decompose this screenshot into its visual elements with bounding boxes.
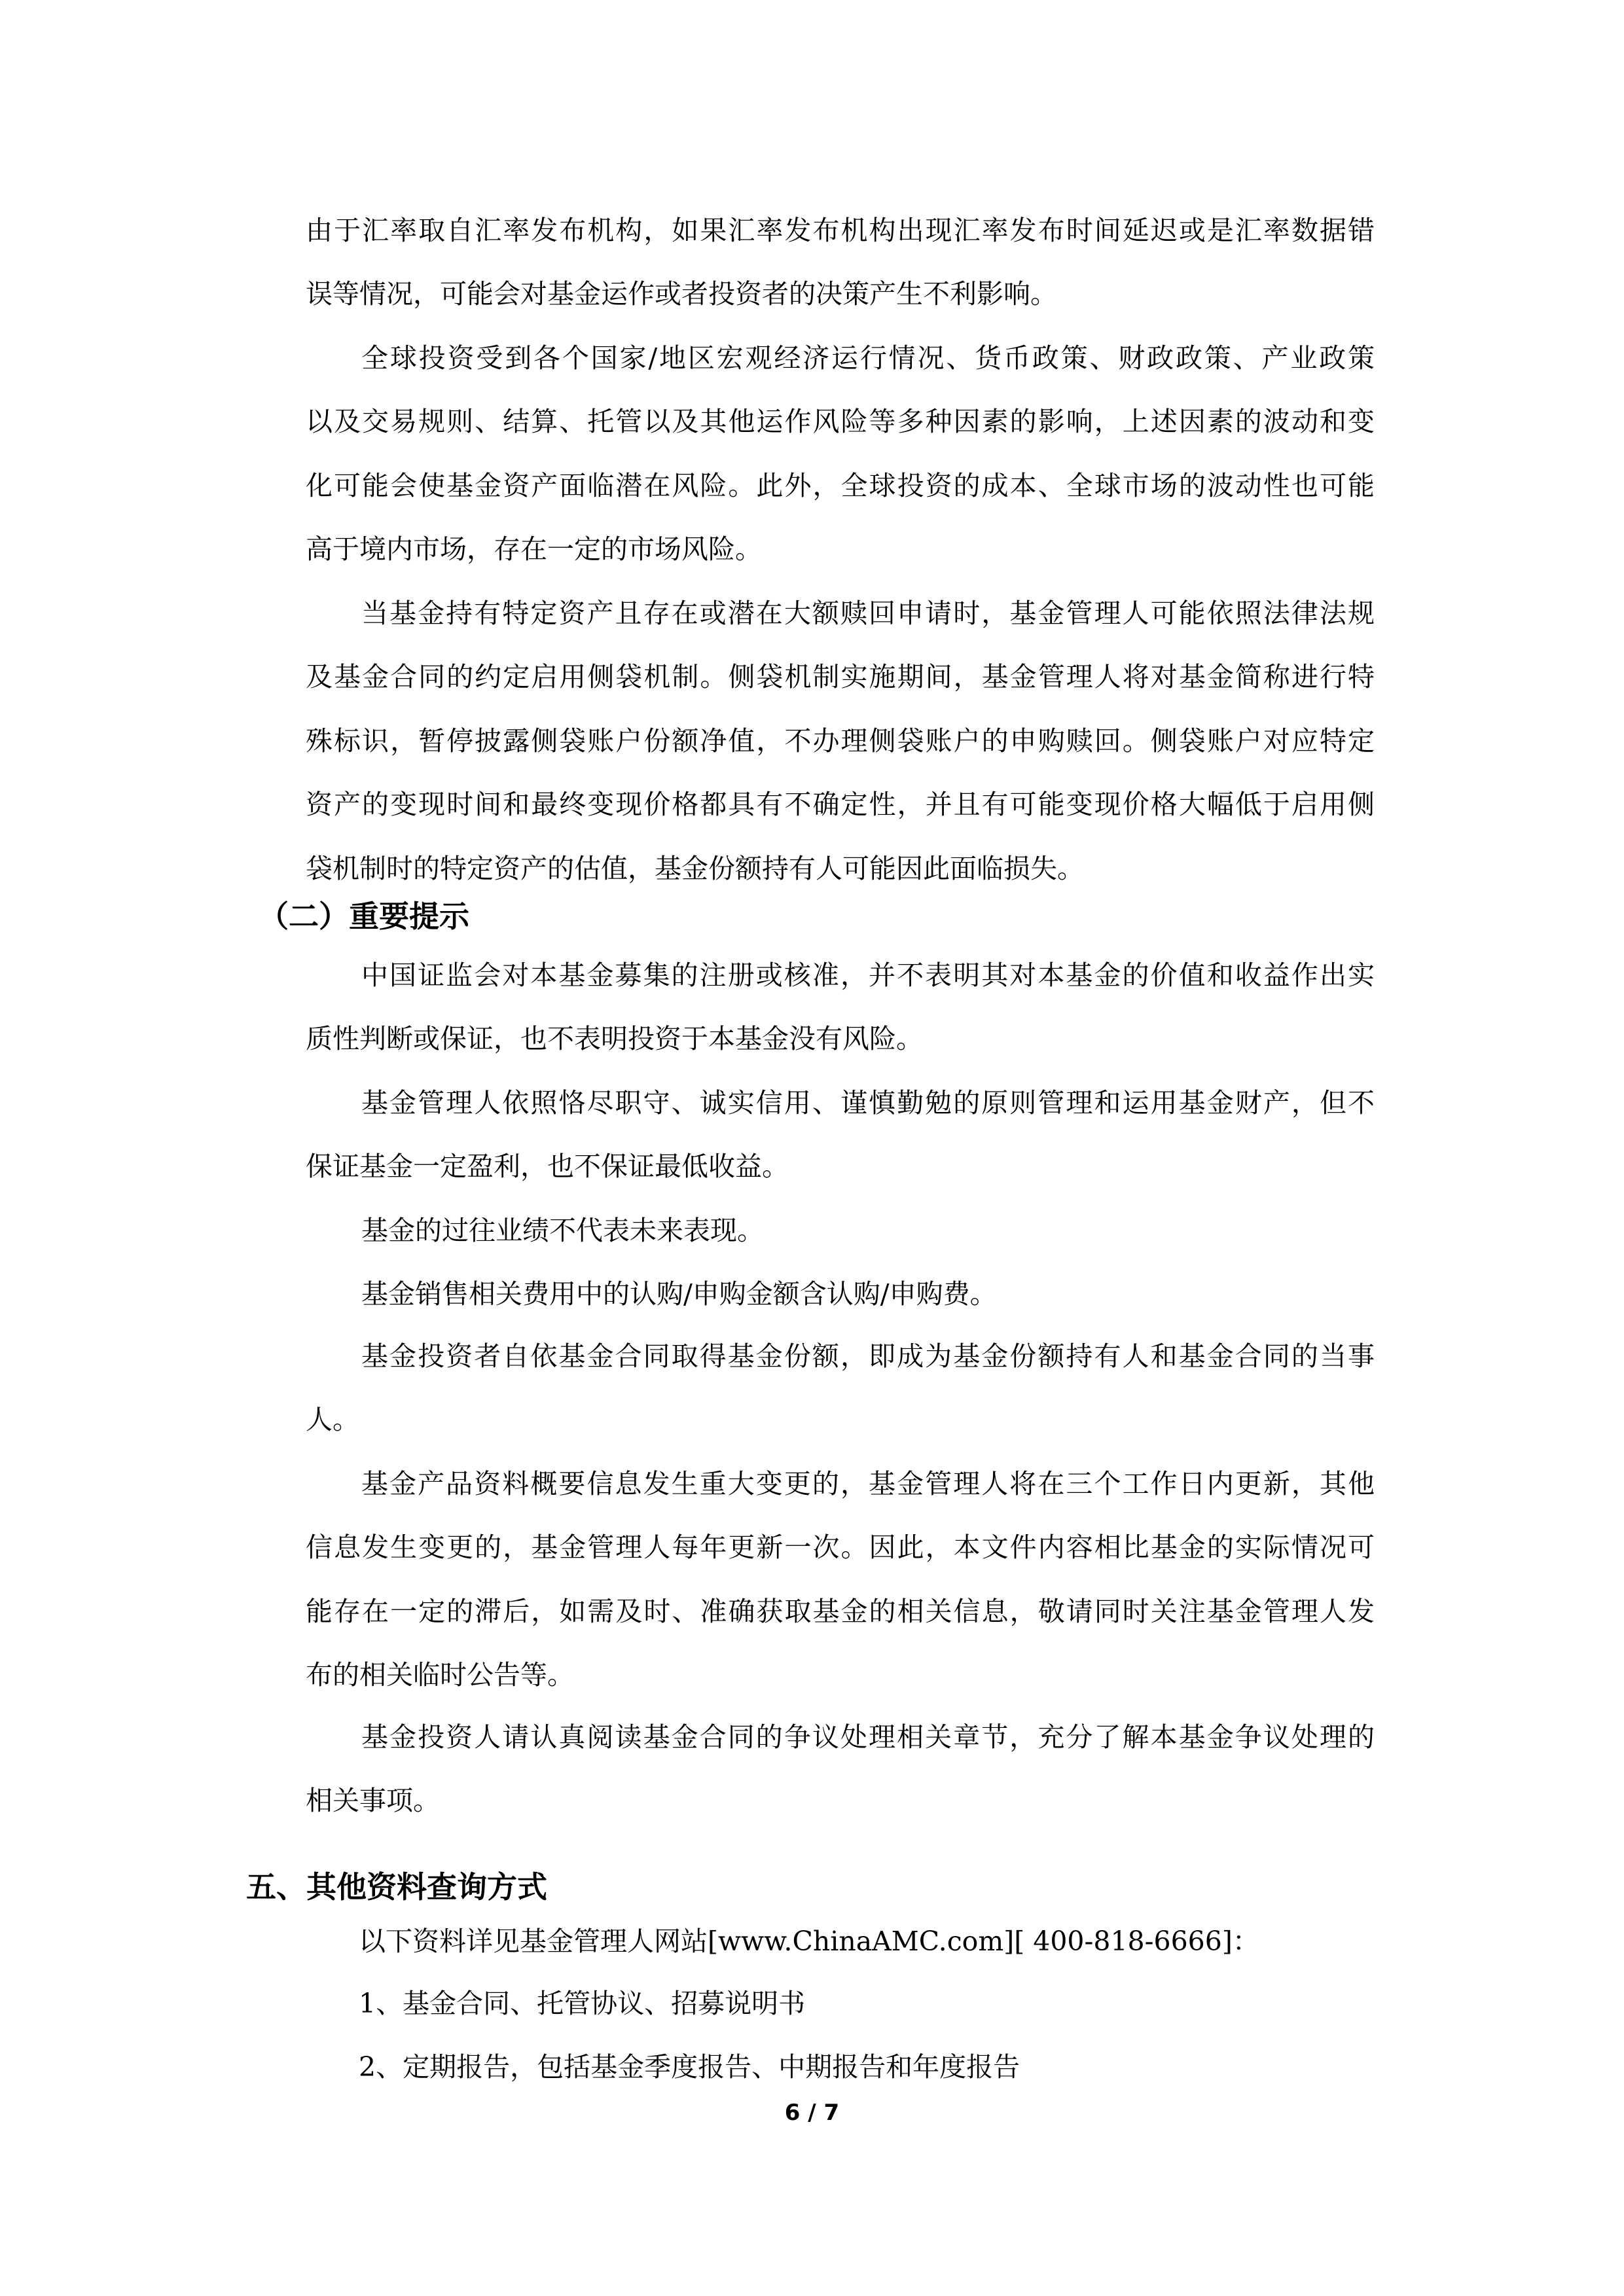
section-heading-other-info: 五、其他资料查询方式	[246, 1869, 547, 1905]
paragraph-line: 资产的变现时间和最终变现价格都具有不确定性，并且有可能变现价格大幅低于启用侧	[306, 788, 1375, 821]
paragraph-line: 基金的过往业绩不代表未来表现。	[361, 1214, 764, 1247]
info-intro-line: 以下资料详见基金管理人网站[www.ChinaAMC.com][ 400-818…	[359, 1925, 1259, 1958]
paragraph-line: 基金管理人依照恪尽职守、诚实信用、谨慎勤勉的原则管理和运用基金财产，但不	[361, 1086, 1375, 1119]
paragraph-line: 基金投资者自依基金合同取得基金份额，即成为基金份额持有人和基金合同的当事	[361, 1340, 1375, 1372]
info-list-item: 2、定期报告，包括基金季度报告、中期报告和年度报告	[359, 2051, 1020, 2083]
section-heading-important-notice: （二）重要提示	[259, 898, 469, 935]
paragraph-line: 人。	[306, 1403, 359, 1436]
paragraph-line: 基金销售相关费用中的认购/申购金额含认购/申购费。	[361, 1278, 997, 1310]
paragraph-line: 以及交易规则、结算、托管以及其他运作风险等多种因素的影响，上述因素的波动和变	[306, 405, 1375, 438]
paragraph-line: 基金产品资料概要信息发生重大变更的，基金管理人将在三个工作日内更新，其他	[361, 1467, 1375, 1500]
paragraph-line: 及基金合同的约定启用侧袋机制。侧袋机制实施期间，基金管理人将对基金简称进行特	[306, 660, 1375, 693]
paragraph-line: 化可能会使基金资产面临潜在风险。此外，全球投资的成本、全球市场的波动性也可能	[306, 469, 1375, 502]
paragraph-line: 中国证监会对本基金募集的注册或核准，并不表明其对本基金的价值和收益作出实	[361, 959, 1375, 992]
paragraph-line: 相关事项。	[306, 1784, 440, 1817]
paragraph-line: 全球投资受到各个国家/地区宏观经济运行情况、货币政策、财政政策、产业政策	[361, 342, 1375, 374]
page-number: 6 / 7	[0, 2100, 1624, 2126]
paragraph-line: 保证基金一定盈利，也不保证最低收益。	[306, 1150, 789, 1183]
paragraph-line: 当基金持有特定资产且存在或潜在大额赎回申请时，基金管理人可能依照法律法规	[361, 597, 1375, 630]
paragraph-line: 基金投资人请认真阅读基金合同的争议处理相关章节，充分了解本基金争议处理的	[361, 1721, 1375, 1753]
info-list-item: 1、基金合同、托管协议、招募说明书	[359, 1987, 805, 2020]
paragraph-line: 袋机制时的特定资产的估值，基金份额持有人可能因此面临损失。	[306, 852, 1084, 885]
paragraph-line: 能存在一定的滞后，如需及时、准确获取基金的相关信息，敬请同时关注基金管理人发	[306, 1595, 1375, 1628]
paragraph-line: 信息发生变更的，基金管理人每年更新一次。因此，本文件内容相比基金的实际情况可	[306, 1531, 1375, 1564]
paragraph-line: 由于汇率取自汇率发布机构，如果汇率发布机构出现汇率发布时间延迟或是汇率数据错	[306, 214, 1375, 247]
paragraph-line: 高于境内市场，存在一定的市场风险。	[306, 533, 762, 565]
paragraph-line: 质性判断或保证，也不表明投资于本基金没有风险。	[306, 1022, 923, 1055]
document-page: 由于汇率取自汇率发布机构，如果汇率发布机构出现汇率发布时间延迟或是汇率数据错 误…	[0, 0, 1624, 2296]
paragraph-line: 误等情况，可能会对基金运作或者投资者的决策产生不利影响。	[306, 278, 1057, 310]
paragraph-line: 殊标识，暂停披露侧袋账户份额净值，不办理侧袋账户的申购赎回。侧袋账户对应特定	[306, 725, 1375, 757]
paragraph-line: 布的相关临时公告等。	[306, 1659, 574, 1691]
